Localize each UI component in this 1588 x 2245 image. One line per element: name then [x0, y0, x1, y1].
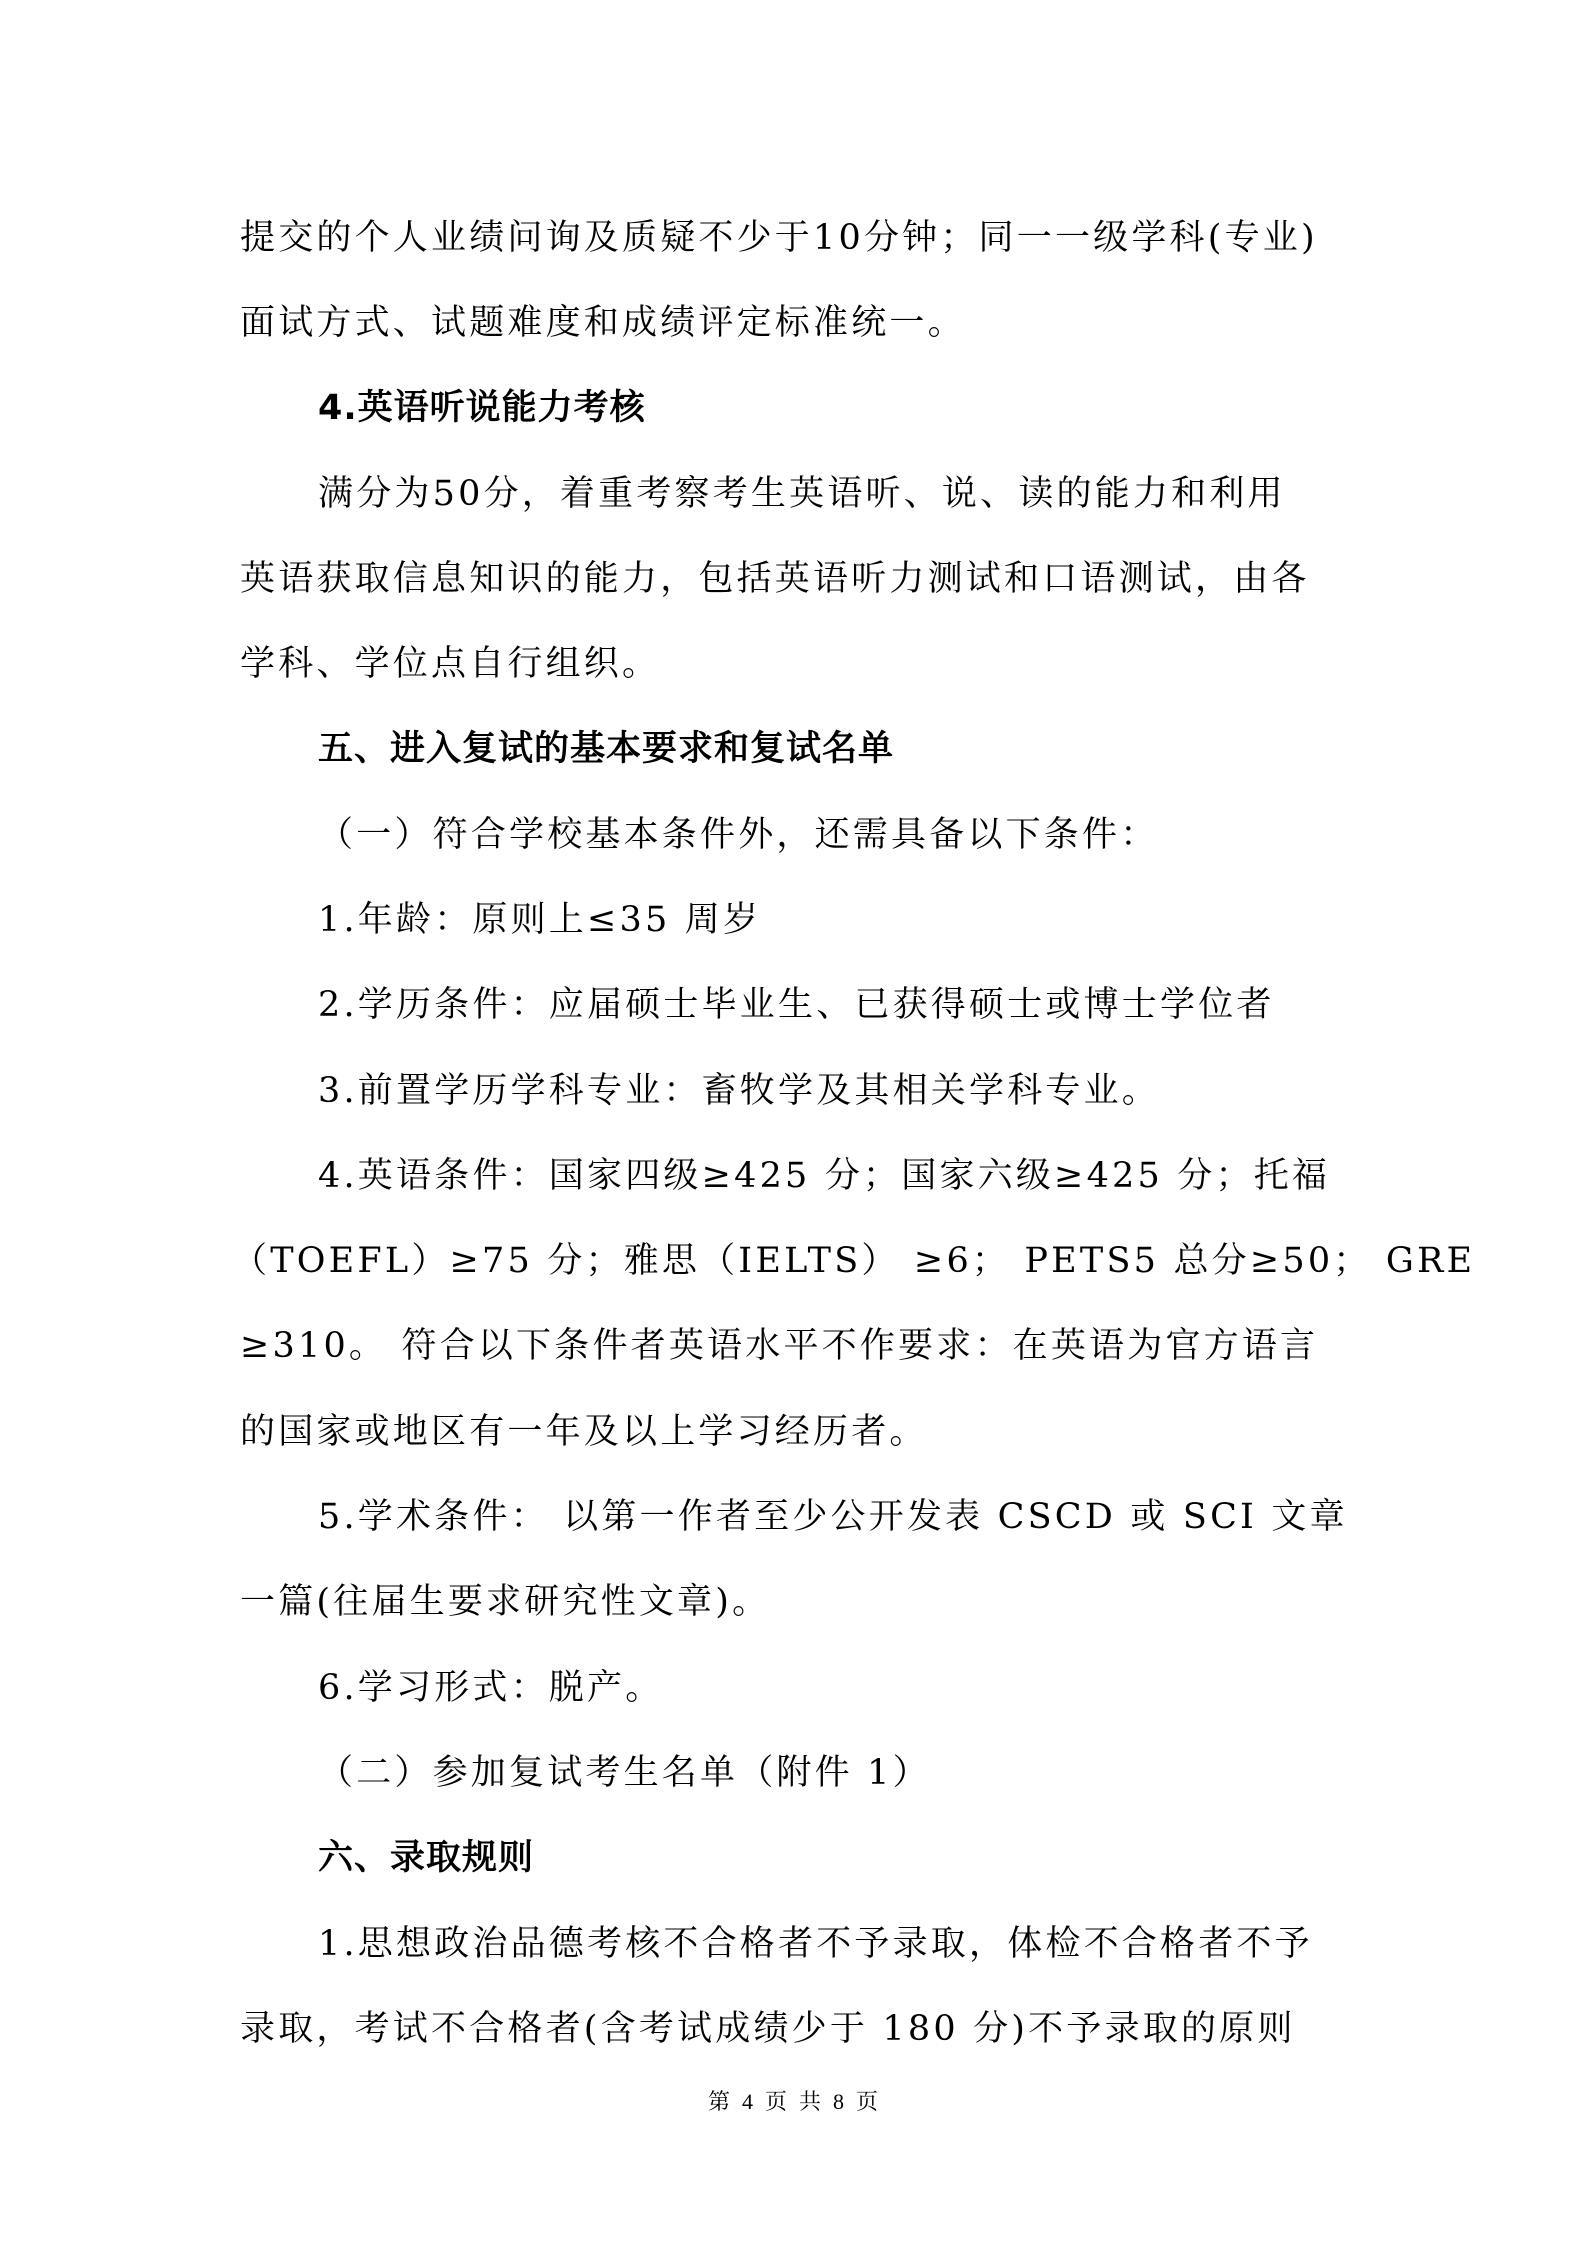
- subsection-heading: （一）符合学校基本条件外，还需具备以下条件：: [318, 813, 1438, 857]
- document-page: 提交的个人业绩问询及质疑不少于10分钟；同一一级学科(专业) 面试方式、试题难度…: [0, 0, 1588, 2245]
- condition-item: 4.英语条件：国家四级≥425 分；国家六级≥425 分；托福: [318, 1154, 1360, 1198]
- paragraph-line: 的国家或地区有一年及以上学习经历者。: [240, 1410, 1360, 1454]
- paragraph-line: 一篇(往届生要求研究性文章)。: [240, 1580, 1360, 1624]
- footer-total-word: 共: [799, 2089, 823, 2114]
- current-page-number: 4: [742, 2089, 755, 2114]
- section-heading-english-assessment: 4.英语听说能力考核: [318, 386, 1360, 430]
- paragraph-line: ≥310。 符合以下条件者英语水平不作要求：在英语为官方语言: [240, 1324, 1360, 1368]
- condition-item: 5.学术条件： 以第一作者至少公开发表 CSCD 或 SCI 文章: [318, 1495, 1360, 1539]
- paragraph-line: 满分为50分，着重考察考生英语听、说、读的能力和利用: [318, 472, 1360, 516]
- paragraph-line: 提交的个人业绩问询及质疑不少于10分钟；同一一级学科(专业): [240, 216, 1360, 260]
- condition-item: 1.年龄：原则上≤35 周岁: [318, 898, 1360, 942]
- section-heading-retest-requirements: 五、进入复试的基本要求和复试名单: [318, 727, 1360, 771]
- paragraph-line: 录取，考试不合格者(含考试成绩少于 180 分)不予录取的原则: [240, 2007, 1360, 2051]
- paragraph-line: 1.思想政治品德考核不合格者不予录取，体检不合格者不予: [318, 1922, 1360, 1966]
- footer-prefix: 第: [708, 2089, 732, 2114]
- condition-item: 3.前置学历学科专业：畜牧学及其相关学科专业。: [318, 1069, 1360, 1113]
- condition-item: 2.学历条件：应届硕士毕业生、已获得硕士或博士学位者: [318, 983, 1360, 1027]
- paragraph-line: 英语获取信息知识的能力，包括英语听力测试和口语测试，由各: [240, 557, 1360, 601]
- section-heading-admission-rules: 六、录取规则: [318, 1836, 1360, 1880]
- footer-suffix: 页: [856, 2089, 880, 2114]
- footer-page-word: 页: [765, 2089, 789, 2114]
- subsection-heading: （二）参加复试考生名单（附件 1）: [318, 1751, 1438, 1795]
- condition-item: 6.学习形式：脱产。: [318, 1666, 1360, 1710]
- page-footer: 第4页共8页: [0, 2088, 1588, 2116]
- paragraph-line: 学科、学位点自行组织。: [240, 642, 1360, 686]
- paragraph-line: （TOEFL）≥75 分；雅思（IELTS） ≥6； PETS5 总分≥50； …: [232, 1239, 1352, 1283]
- total-page-count: 8: [833, 2089, 846, 2114]
- paragraph-line: 面试方式、试题难度和成绩评定标准统一。: [240, 301, 1360, 345]
